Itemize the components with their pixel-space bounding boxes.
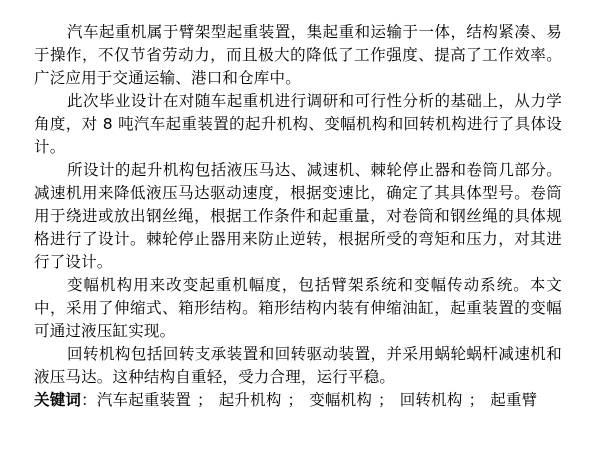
abstract-document: 汽车起重机属于臂架型起重装置，集起重和运输于一体，结构紧凑、易于操作，不仅节省劳… bbox=[34, 21, 562, 412]
keyword-item: 变幅机构 bbox=[309, 391, 372, 409]
keyword-separator: ； bbox=[372, 391, 400, 409]
keyword-separator: ； bbox=[463, 391, 491, 409]
keyword-separator: ； bbox=[282, 391, 310, 409]
paragraph-luffing-mechanism: 变幅机构用来改变起重机幅度，包括臂架系统和变幅传动系统。本文中，采用了伸缩式、箱… bbox=[34, 274, 562, 343]
keyword-item: 起重臂 bbox=[490, 391, 537, 409]
keyword-separator: ； bbox=[191, 391, 219, 409]
keyword-item: 汽车起重装置 bbox=[97, 391, 191, 409]
paragraph-overview: 汽车起重机属于臂架型起重装置，集起重和运输于一体，结构紧凑、易于操作，不仅节省劳… bbox=[34, 21, 562, 90]
keywords-label: 关键词 bbox=[34, 391, 81, 409]
keyword-item: 起升机构 bbox=[219, 391, 282, 409]
keywords-colon: ： bbox=[81, 391, 97, 409]
paragraph-design-scope: 此次毕业设计在对随车起重机进行调研和可行性分析的基础上，从力学角度，对 8 吨汽… bbox=[34, 90, 562, 159]
keywords-line: 关键词：汽车起重装置；起升机构；变幅机构；回转机构；起重臂 bbox=[34, 389, 562, 412]
paragraph-slewing-mechanism: 回转机构包括回转支承装置和回转驱动装置，并采用蜗轮蜗杆减速机和液压马达。这种结构… bbox=[34, 343, 562, 389]
paragraph-hoisting-mechanism: 所设计的起升机构包括液压马达、减速机、棘轮停止器和卷筒几部分。减速机用来降低液压… bbox=[34, 159, 562, 274]
keyword-item: 回转机构 bbox=[400, 391, 463, 409]
